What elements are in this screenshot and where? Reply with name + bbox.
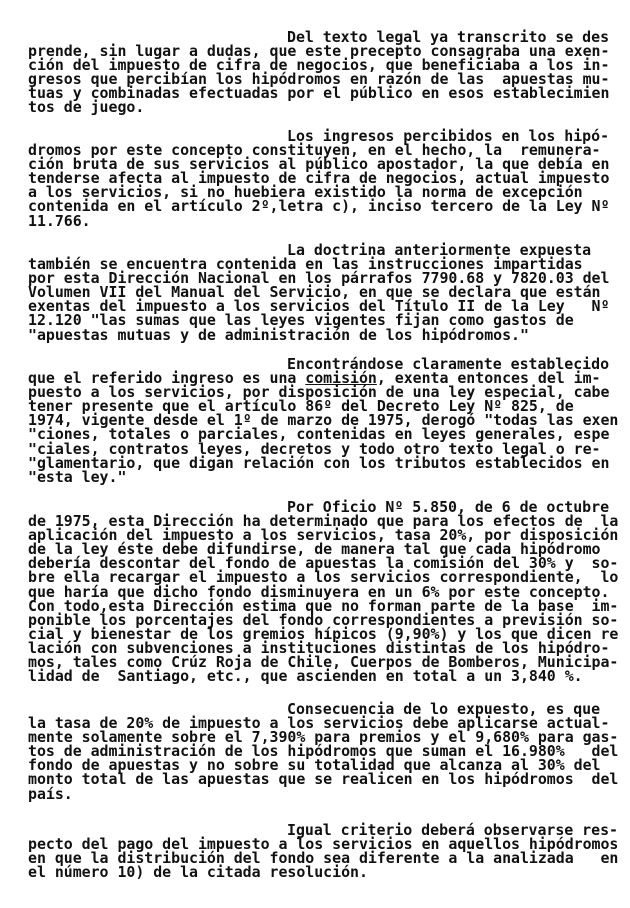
text-line: el número 10) de la citada resolución. [28, 865, 628, 879]
document-page: Del texto legal ya transcrito se des pre… [0, 0, 630, 908]
text-line: monto total de las apuestas que se reali… [28, 772, 628, 786]
paragraph-oficio-5850: Por Oficio Nº 5.850, de 6 de octubre de … [28, 500, 628, 683]
text-line: "esta ley." [28, 470, 628, 484]
paragraph-legal-text-exemption: Del texto legal ya transcrito se des pre… [28, 30, 628, 115]
paragraph-racetrack-income: Los ingresos percibidos en los hipó- dro… [28, 129, 628, 228]
paragraph-commission: Encontrándose claramente establecido que… [28, 357, 628, 484]
text-line: "apuestas mutuas y de administración de … [28, 328, 628, 342]
paragraph-same-criterion: Igual criterio deberá observarse res- pe… [28, 823, 628, 879]
text-line: tos de juego. [28, 100, 628, 114]
text-line: lidad de Santiago, etc., que ascienden e… [28, 669, 628, 683]
text-line: país. [28, 787, 628, 801]
paragraph-doctrine: La doctrina anteriormente expuesta tambi… [28, 243, 628, 342]
text-line: contenida en el artículo 2º,letra c), in… [28, 199, 628, 213]
paragraph-consequence: Consecuencia de lo expuesto, es que la t… [28, 702, 628, 801]
text-line: 11.766. [28, 214, 628, 228]
